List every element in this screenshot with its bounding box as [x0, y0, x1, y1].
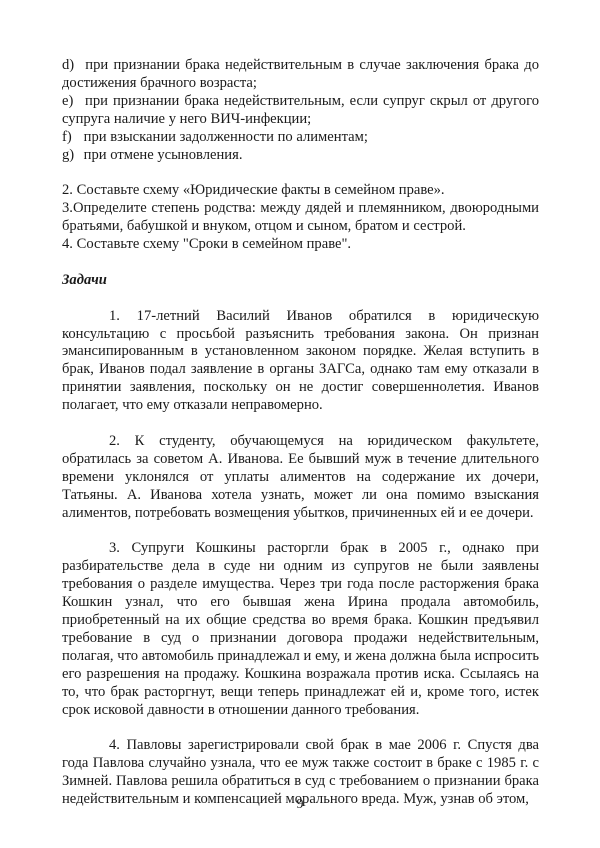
list-text: при признании брака недействительным, ес…	[62, 93, 539, 127]
list-item-d: d) при признании брака недействительным …	[62, 57, 539, 93]
list-item-g: g) при отмене усыновления.	[62, 147, 539, 165]
list-item-f: f) при взыскании задолженности по алимен…	[62, 129, 539, 147]
section-heading: Задачи	[62, 272, 539, 290]
task-1: 1. 17-летний Василий Иванов обратился в …	[62, 308, 539, 415]
assignment-4: 4. Составьте схему "Сроки в семейном пра…	[62, 236, 539, 254]
list-label: d)	[62, 57, 80, 75]
spacer	[62, 523, 539, 541]
page-number: 9	[0, 797, 600, 813]
list-text: при признании брака недействительным в с…	[62, 57, 539, 91]
assignment-3: 3.Определите степень родства: между дяде…	[62, 200, 539, 236]
spacer	[62, 164, 539, 182]
assignment-2: 2. Составьте схему «Юридические факты в …	[62, 182, 539, 200]
list-text: при отмене усыновления.	[84, 147, 243, 163]
list-text: при взыскании задолженности по алиментам…	[84, 129, 368, 145]
list-item-e: e) при признании брака недействительным,…	[62, 93, 539, 129]
list-label: g)	[62, 147, 80, 165]
spacer	[62, 719, 539, 737]
spacer	[62, 254, 539, 272]
document-page: d) при признании брака недействительным …	[62, 57, 539, 809]
list-label: f)	[62, 129, 80, 147]
list-label: e)	[62, 93, 80, 111]
spacer	[62, 290, 539, 308]
task-2: 2. К студенту, обучающемуся на юридическ…	[62, 433, 539, 523]
spacer	[62, 415, 539, 433]
task-3: 3. Супруги Кошкины расторгли брак в 2005…	[62, 540, 539, 719]
